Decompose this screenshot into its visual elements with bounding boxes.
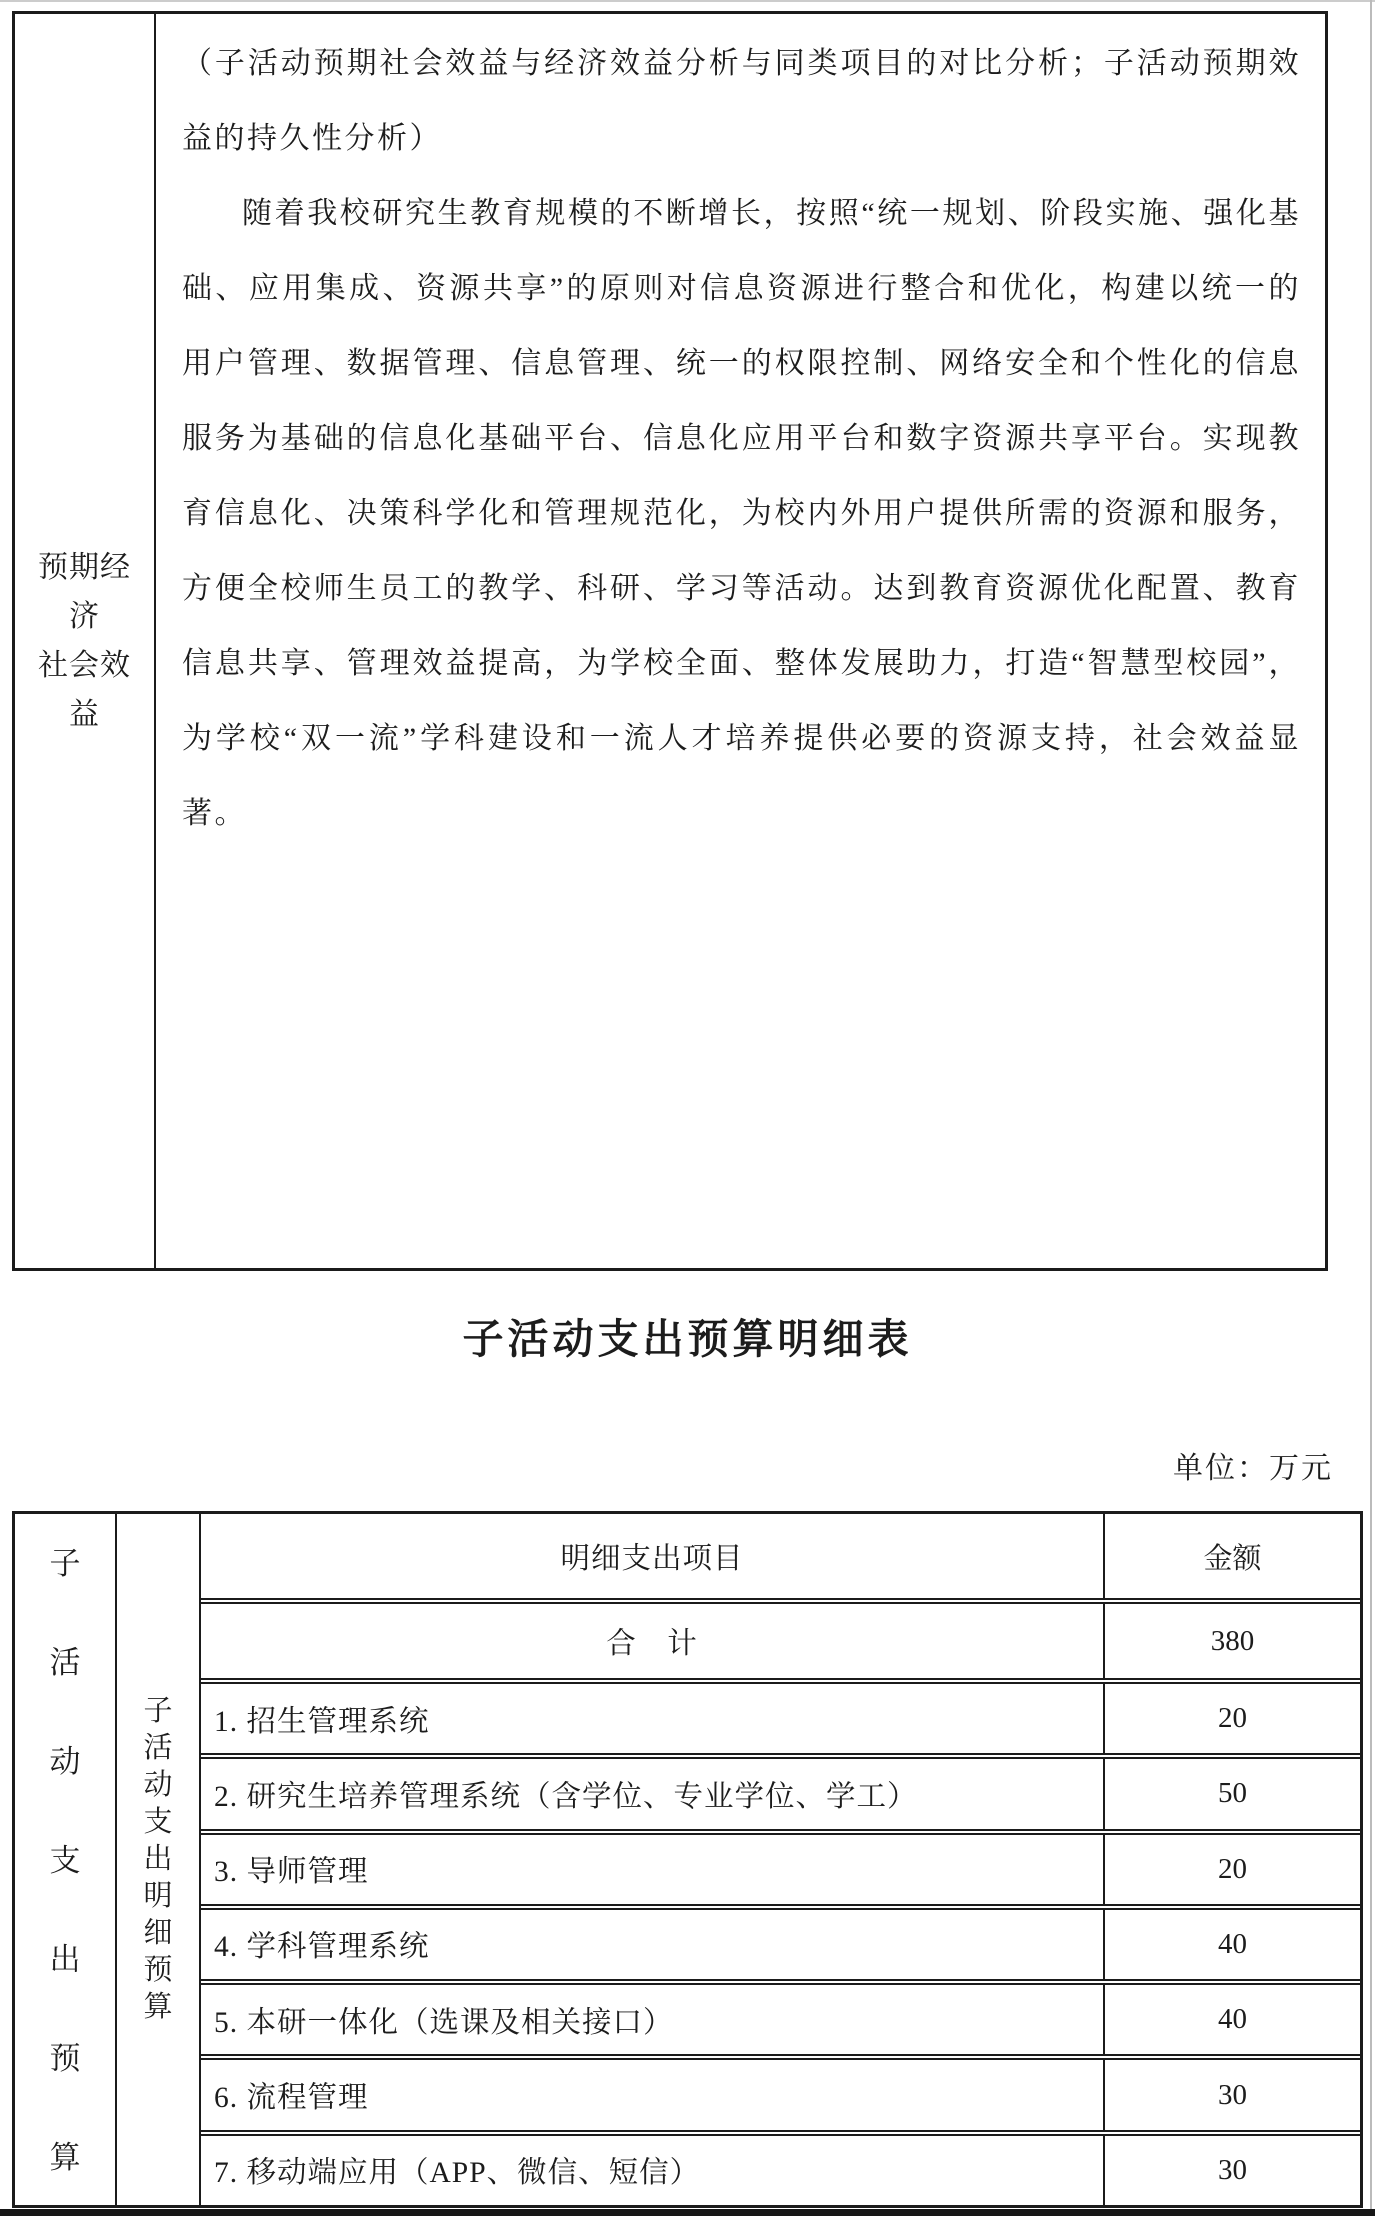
- total-label: 合 计: [201, 1604, 1103, 1678]
- benefit-label-line: 益: [69, 690, 100, 739]
- item-cell: 5. 本研一体化（选课及相关接口）: [201, 1985, 1103, 2054]
- page-edge-right: [1370, 0, 1372, 2212]
- table-row: 2. 研究生培养管理系统（含学位、专业学位、学工） 50: [201, 1753, 1360, 1828]
- inner-label-char: 细: [143, 1915, 172, 1952]
- table-row: 4. 学科管理系统 40: [201, 1904, 1360, 1979]
- amount-cell: 30: [1103, 2060, 1360, 2129]
- page-bottom-rule: [0, 2209, 1375, 2216]
- amount-cell: 30: [1103, 2136, 1360, 2205]
- total-amount: 380: [1103, 1604, 1360, 1678]
- inner-label-char: 支: [143, 1804, 172, 1841]
- inner-label-char: 算: [143, 1989, 172, 2026]
- amount-cell: 50: [1103, 1759, 1360, 1828]
- benefit-label-line: 济: [69, 592, 100, 641]
- outer-label-char: 预: [50, 2033, 81, 2078]
- benefit-label-line: 社会效: [38, 641, 131, 690]
- outer-label-char: 支: [50, 1835, 81, 1880]
- table-row: 7. 移动端应用（APP、微信、短信） 30: [201, 2130, 1360, 2205]
- budget-inner-row-label: 子 活 动 支 出 明 细 预 算: [117, 1514, 201, 2205]
- item-cell: 4. 学科管理系统: [201, 1910, 1103, 1979]
- item-cell: 1. 招生管理系统: [201, 1684, 1103, 1753]
- benefit-table: 预期经 济 社会效 益 （子活动预期社会效益与经济效益分析与同类项目的对比分析；…: [12, 11, 1328, 1271]
- total-row: 合 计 380: [201, 1598, 1360, 1678]
- benefit-row-label: 预期经 济 社会效 益: [15, 14, 156, 1268]
- benefit-content-cell: （子活动预期社会效益与经济效益分析与同类项目的对比分析；子活动预期效益的持久性分…: [156, 14, 1325, 1268]
- inner-label-char: 子: [143, 1693, 172, 1730]
- page-edge-top: [0, 0, 1375, 2]
- amount-cell: 20: [1103, 1835, 1360, 1904]
- benefit-paragraph-hint: （子活动预期社会效益与经济效益分析与同类项目的对比分析；子活动预期效益的持久性分…: [182, 26, 1301, 176]
- inner-label-char: 明: [143, 1878, 172, 1915]
- table-row: 1. 招生管理系统 20: [201, 1678, 1360, 1753]
- item-cell: 7. 移动端应用（APP、微信、短信）: [201, 2136, 1103, 2205]
- table-row: 6. 流程管理 30: [201, 2054, 1360, 2129]
- unit-label: 单位：万元: [1173, 1443, 1333, 1487]
- outer-label-char: 算: [50, 2132, 81, 2177]
- budget-table: 子 活 动 支 出 预 算 子 活 动 支 出 明 细 预 算 明细支出项目 金…: [12, 1511, 1363, 2208]
- table-row: 5. 本研一体化（选课及相关接口） 40: [201, 1979, 1360, 2054]
- item-cell: 3. 导师管理: [201, 1835, 1103, 1904]
- budget-table-title: 子活动支出预算明细表: [0, 1306, 1375, 1365]
- benefit-label-line: 预期经: [38, 543, 131, 592]
- amount-cell: 20: [1103, 1684, 1360, 1753]
- header-item-column: 明细支出项目: [201, 1514, 1103, 1598]
- item-cell: 2. 研究生培养管理系统（含学位、专业学位、学工）: [201, 1759, 1103, 1828]
- outer-label-char: 出: [50, 1934, 81, 1979]
- header-amount-column: 金额: [1103, 1514, 1360, 1598]
- item-cell: 6. 流程管理: [201, 2060, 1103, 2129]
- amount-cell: 40: [1103, 1985, 1360, 2054]
- budget-detail-grid: 明细支出项目 金额 合 计 380 1. 招生管理系统 20 2. 研究生培养管…: [201, 1514, 1360, 2205]
- benefit-paragraph-body: 随着我校研究生教育规模的不断增长，按照“统一规划、阶段实施、强化基础、应用集成、…: [182, 176, 1301, 851]
- table-header-row: 明细支出项目 金额: [201, 1514, 1360, 1598]
- inner-label-char: 活: [143, 1730, 172, 1767]
- budget-outer-row-label: 子 活 动 支 出 预 算: [15, 1514, 117, 2205]
- outer-label-char: 子: [50, 1538, 81, 1583]
- outer-label-char: 动: [50, 1736, 81, 1781]
- scanned-document-page: 预期经 济 社会效 益 （子活动预期社会效益与经济效益分析与同类项目的对比分析；…: [0, 0, 1375, 2220]
- outer-label-char: 活: [50, 1637, 81, 1682]
- inner-label-char: 出: [143, 1841, 172, 1878]
- table-row: 3. 导师管理 20: [201, 1829, 1360, 1904]
- inner-label-char: 动: [143, 1767, 172, 1804]
- amount-cell: 40: [1103, 1910, 1360, 1979]
- inner-label-char: 预: [143, 1952, 172, 1989]
